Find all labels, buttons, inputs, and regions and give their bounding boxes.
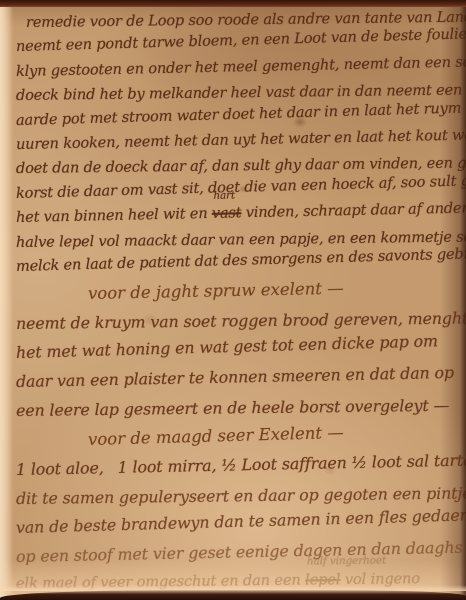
text-run: 1 loot aloe, xyxy=(16,459,104,480)
photo-top-edge xyxy=(0,0,466,7)
manuscript-photo: remedie voor de Loop soo roode als andre… xyxy=(0,0,466,600)
correction: hartvast xyxy=(212,202,242,227)
inserted-word: hart xyxy=(213,191,235,202)
text-run: het van binnen heel wit en xyxy=(16,205,212,226)
text-run: 1 loot mirra, ½ Loot saffraen ½ loot sal… xyxy=(117,451,466,478)
text-run: voor de jaght spruw exelent — xyxy=(88,279,344,303)
text-run: het met wat honing en wat gest tot een d… xyxy=(16,332,438,363)
struck-word: vast xyxy=(212,205,242,223)
text-run: op een stoof met vier geset eenige dagen… xyxy=(16,537,466,566)
page-left-edge xyxy=(0,0,12,600)
text-run: voor de maagd seer Exelent — xyxy=(88,423,344,449)
manuscript-page: remedie voor de Loop soo roode als andre… xyxy=(0,0,466,600)
inserted-word: half vingerhoet xyxy=(307,556,386,567)
text-run: daar van een plaister te konnen smeeren … xyxy=(16,363,454,391)
photo-bottom-edge xyxy=(0,590,466,600)
handwritten-text-block: remedie voor de Loop soo roode als andre… xyxy=(16,11,458,597)
text-run: vinden, schraapt daar af ander- xyxy=(241,200,466,222)
page-right-edge-shadow xyxy=(460,0,466,600)
